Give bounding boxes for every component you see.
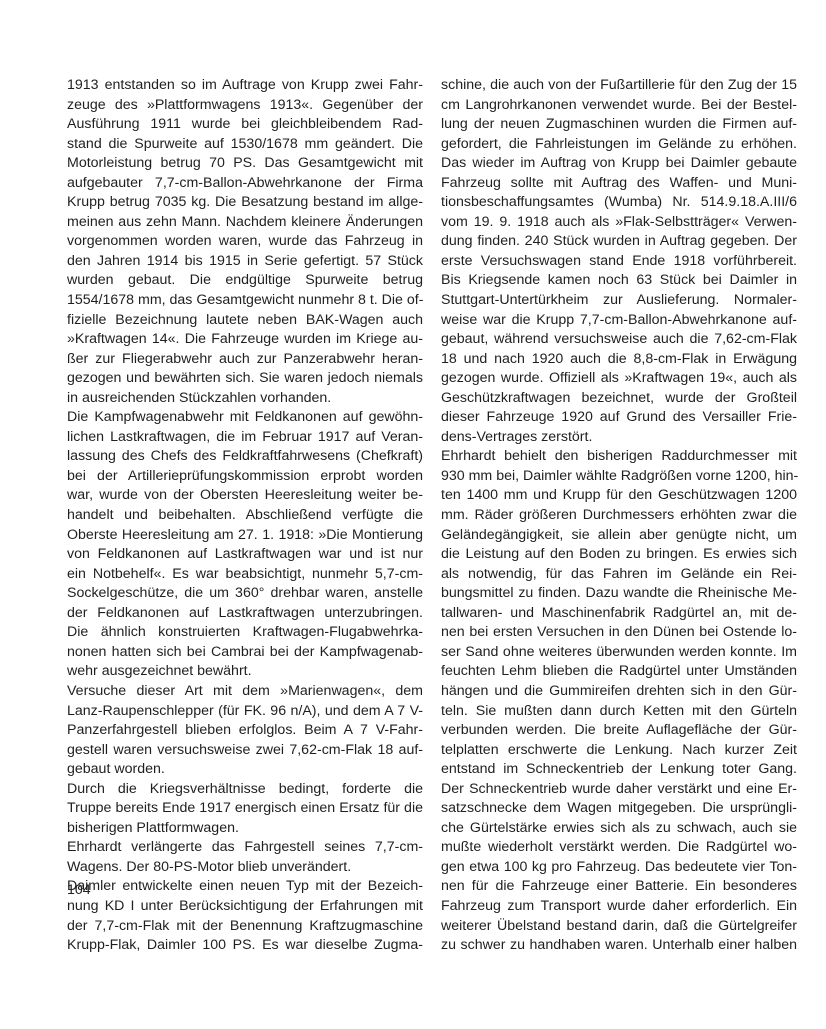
text-line: weiterer Übelstand bestand darin, daß di… (441, 917, 797, 937)
text-line: feuchten Lehm blieben die Radgürtel unte… (441, 662, 797, 682)
text-line: ein Notbehelf«. Es war beabsichtigt, nun… (67, 565, 423, 585)
text-line: Ausführung 1911 wurde bei gleichbleibend… (67, 115, 423, 135)
text-line: entstand im Schneckentrieb der Lenkung t… (441, 760, 797, 780)
left-text-column: 1913 entstanden so im Auftrage von Krupp… (67, 76, 423, 956)
text-line: Oberste Heeresleitung am 27. 1. 1918: »D… (67, 526, 423, 546)
text-line: vom 19. 9. 1918 auch als »Flak-Selbstträ… (441, 213, 797, 233)
text-line: teln. Sie mußten dann durch Ketten mit d… (441, 702, 797, 722)
text-line: Ehrhardt behielt den bisherigen Raddurch… (441, 447, 797, 467)
text-line: Motorleistung betrug 70 PS. Das Gesamtge… (67, 154, 423, 174)
text-line: schine, die auch von der Fußartillerie f… (441, 76, 797, 96)
text-line: Fahrzeug sollte mit Auftrag des Waffen- … (441, 174, 797, 194)
text-line: meinen aus zehn Mann. Nachdem kleinere Ä… (67, 213, 423, 233)
text-line: Geländegängigkeit, sie allein aber genüg… (441, 526, 797, 546)
text-line: Panzerfahrgestell blieben erfolglos. Bei… (67, 721, 423, 741)
text-line: 1913 entstanden so im Auftrage von Krupp… (67, 76, 423, 96)
text-line: Der Schneckentrieb wurde daher verstärkt… (441, 780, 797, 800)
text-line: nen bei ersten Versuchen in den Dünen be… (441, 623, 797, 643)
text-line: Ehrhardt verlängerte das Fahrgestell sei… (67, 838, 423, 858)
text-line: nung KD I unter Berücksichtigung der Erf… (67, 897, 423, 917)
text-line: Versuche dieser Art mit dem »Marienwagen… (67, 682, 423, 702)
text-line: zu schwer zu handhaben waren. Unterhalb … (441, 936, 797, 956)
text-line: gezogen und bewährten sich. Sie waren je… (67, 369, 423, 389)
text-line: verbunden werden. Die breite Auflagefläc… (441, 721, 797, 741)
text-line: Durch die Kriegsverhältnisse bedingt, fo… (67, 780, 423, 800)
text-line: zeuge des »Plattformwagens 1913«. Gegenü… (67, 96, 423, 116)
text-line: mm. Räder größeren Durchmessers erhöhten… (441, 506, 797, 526)
text-line: Wagens. Der 80-PS-Motor blieb unveränder… (67, 858, 423, 878)
text-line: Fahrzeug zum Transport wurde daher erfor… (441, 897, 797, 917)
text-line: der Feldkanonen auf Lastkraftwagen unter… (67, 604, 423, 624)
text-line: wehr ausgezeichnet bewährt. (67, 662, 423, 682)
text-line: handelt und beibehalten. Abschließend ve… (67, 506, 423, 526)
text-line: Krupp-Flak, Daimler 100 PS. Es war diese… (67, 936, 423, 956)
text-line: gefordert, die Fahrleistungen im Gelände… (441, 135, 797, 155)
text-line: von Feldkanonen auf Lastkraftwagen war u… (67, 545, 423, 565)
text-line: »Kraftwagen 14«. Die Fahrzeuge wurden im… (67, 330, 423, 350)
text-line: stand die Spurweite auf 1530/1678 mm geä… (67, 135, 423, 155)
text-line: Bis Kriegsende kamen noch 63 Stück bei D… (441, 271, 797, 291)
text-line: vorgenommen worden waren, wurde das Fahr… (67, 232, 423, 252)
text-line: Truppe bereits Ende 1917 energisch einen… (67, 799, 423, 819)
text-line: Das wieder im Auftrag von Krupp bei Daim… (441, 154, 797, 174)
text-line: dieser Fahrzeuge 1920 auf Grund des Vers… (441, 408, 797, 428)
right-text-column: schine, die auch von der Fußartillerie f… (441, 76, 797, 956)
text-line: mußte wiederholt verstärkt werden. Die R… (441, 838, 797, 858)
text-line: gezogen wurde. Offiziell als »Kraftwagen… (441, 369, 797, 389)
text-line: erste Versuchswagen stand Ende 1918 vorf… (441, 252, 797, 272)
text-line: Stuttgart-Untertürkheim zur Auslieferung… (441, 291, 797, 311)
text-line: aufgebauter 7,7-cm-Ballon-Abwehrkanone d… (67, 174, 423, 194)
text-line: die Leistung auf den Boden zu bringen. E… (441, 545, 797, 565)
text-line: 1554/1678 mm, das Gesamtgewicht nunmehr … (67, 291, 423, 311)
text-line: cm Langrohrkanonen verwendet wurde. Bei … (441, 96, 797, 116)
text-line: nen für die Fahrzeuge einer Batterie. Ei… (441, 877, 797, 897)
text-line: Krupp betrug 7035 kg. Die Besatzung best… (67, 193, 423, 213)
text-line: Sockelgeschütze, die um 360° drehbar war… (67, 584, 423, 604)
text-line: weise war die Krupp 7,7-cm-Ballon-Abwehr… (441, 311, 797, 331)
text-line: satzschnecke dem Wagen mitgegeben. Die u… (441, 799, 797, 819)
text-line: gestell waren versuchsweise zwei 7,62-cm… (67, 741, 423, 761)
text-line: 930 mm bei, Daimler wählte Radgrößen vor… (441, 467, 797, 487)
text-line: bisherigen Plattformwagen. (67, 819, 423, 839)
text-line: Die Kampfwagenabwehr mit Feldkanonen auf… (67, 408, 423, 428)
text-line: telplatten erschwerte die Lenkung. Nach … (441, 741, 797, 761)
text-line: lassung des Chefs des Feldkraftfahrwesen… (67, 447, 423, 467)
text-line: Geschützkraftwagen bezeichnet, wurde der… (441, 389, 797, 409)
text-line: tionsbeschaffungsamtes (Wumba) Nr. 514.9… (441, 193, 797, 213)
text-line: Die ähnlich konstruierten Kraftwagen-Flu… (67, 623, 423, 643)
text-line: dens-Vertrages zerstört. (441, 428, 797, 448)
text-line: in ausreichenden Stückzahlen vorhanden. (67, 389, 423, 409)
text-line: gebaut, während versuchsweise auch die 7… (441, 330, 797, 350)
text-line: als notwendig, für das Fahren im Gelände… (441, 565, 797, 585)
text-line: wurden gebaut. Die endgültige Spurweite … (67, 271, 423, 291)
text-line: der 7,7-cm-Flak mit der Benennung Kraftz… (67, 917, 423, 937)
text-line: lichen Lastkraftwagen, die im Februar 19… (67, 428, 423, 448)
text-line: war, wurde von der Obersten Heeresleitun… (67, 486, 423, 506)
text-line: nonen hatten sich bei Cambrai bei der Ka… (67, 643, 423, 663)
text-line: bei der Artillerieprüfungskommission erp… (67, 467, 423, 487)
text-line: dung finden. 240 Stück wurden in Auftrag… (441, 232, 797, 252)
text-line: Lanz-Raupenschlepper (für FK. 96 n/A), u… (67, 702, 423, 722)
text-line: ten 1400 mm und Krupp für den Geschützwa… (441, 486, 797, 506)
text-line: ßer zur Fliegerabwehr auch zur Panzerabw… (67, 350, 423, 370)
text-line: 18 und nach 1920 auch die 8,8-cm-Flak in… (441, 350, 797, 370)
page-number: 104 (67, 882, 91, 898)
text-line: den Jahren 1914 bis 1915 in Serie gefert… (67, 252, 423, 272)
text-line: tallwaren- und Maschinenfabrik Radgürtel… (441, 604, 797, 624)
text-line: che Gürtelstärke erwies sich als zu schw… (441, 819, 797, 839)
text-line: hängen und die Gummireifen drehten sich … (441, 682, 797, 702)
text-line: gen etwa 100 kg pro Fahrzeug. Das bedeut… (441, 858, 797, 878)
text-line: gebaut worden. (67, 760, 423, 780)
text-line: ser Sand ohne weiteres überwunden werden… (441, 643, 797, 663)
text-line: lung der neuen Zugmaschinen wurden die F… (441, 115, 797, 135)
text-line: Daimler entwickelte einen neuen Typ mit … (67, 877, 423, 897)
text-line: fizielle Bezeichnung lautete neben BAK-W… (67, 311, 423, 331)
text-line: bungsmittel zu finden. Dazu wandte die R… (441, 584, 797, 604)
